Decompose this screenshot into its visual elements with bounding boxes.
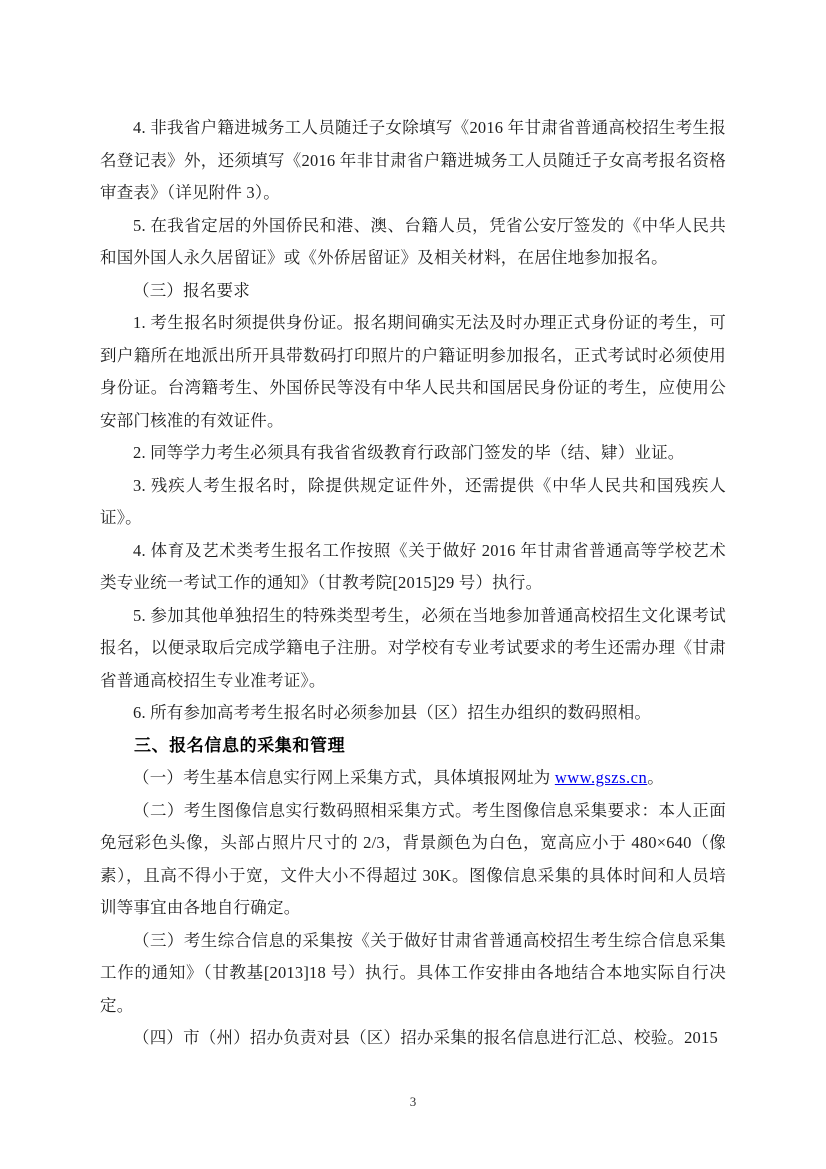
text-run: （三）考生综合信息的采集按《关于做好甘肃省普通高校招生考生综合信息采集工作的通知… — [100, 931, 726, 1015]
text-run: 4. 非我省户籍进城务工人员随迁子女除填写《2016 年甘肃省普通高校招生考生报… — [100, 118, 726, 202]
text-run: 。 — [647, 768, 664, 787]
paragraph-subsection-3-requirements: （三）报名要求 — [100, 275, 726, 308]
paragraph-req-4-sports-art: 4. 体育及艺术类考生报名工作按照《关于做好 2016 年甘肃省普通高等学校艺术… — [100, 535, 726, 600]
paragraph-collect-2-image-info: （二）考生图像信息实行数码照相采集方式。考生图像信息采集要求：本人正面免冠彩色头… — [100, 795, 726, 925]
text-run: 1. 考生报名时须提供身份证。报名期间确实无法及时办理正式身份证的考生，可到户籍… — [100, 313, 726, 430]
paragraph-req-6-digital-photo: 6. 所有参加高考考生报名时必须参加县（区）招生办组织的数码照相。 — [100, 697, 726, 730]
paragraph-collect-3-comprehensive-info: （三）考生综合信息的采集按《关于做好甘肃省普通高校招生考生综合信息采集工作的通知… — [100, 925, 726, 1023]
paragraph-item-4-migrant-children: 4. 非我省户籍进城务工人员随迁子女除填写《2016 年甘肃省普通高校招生考生报… — [100, 112, 726, 210]
paragraph-collect-1-basic-info: （一）考生基本信息实行网上采集方式，具体填报网址为 www.gszs.cn。 — [100, 762, 726, 795]
paragraph-req-3-disabled: 3. 残疾人考生报名时，除提供规定证件外，还需提供《中华人民共和国残疾人证》。 — [100, 470, 726, 535]
text-run: （一）考生基本信息实行网上采集方式，具体填报网址为 — [133, 768, 555, 787]
website-link[interactable]: www.gszs.cn — [555, 768, 647, 787]
document-body: 4. 非我省户籍进城务工人员随迁子女除填写《2016 年甘肃省普通高校招生考生报… — [100, 112, 726, 1055]
paragraph-req-1-id-card: 1. 考生报名时须提供身份证。报名期间确实无法及时办理正式身份证的考生，可到户籍… — [100, 307, 726, 437]
paragraph-item-5-foreign-residents: 5. 在我省定居的外国侨民和港、澳、台籍人员，凭省公安厅签发的《中华人民共和国外… — [100, 210, 726, 275]
text-run: 5. 在我省定居的外国侨民和港、澳、台籍人员，凭省公安厅签发的《中华人民共和国外… — [100, 216, 726, 268]
paragraph-req-2-equivalent-education: 2. 同等学力考生必须具有我省省级教育行政部门签发的毕（结、肄）业证。 — [100, 437, 726, 470]
text-run: （二）考生图像信息实行数码照相采集方式。考生图像信息采集要求：本人正面免冠彩色头… — [100, 801, 726, 918]
text-run: 2. 同等学力考生必须具有我省省级教育行政部门签发的毕（结、肄）业证。 — [133, 443, 685, 462]
text-run: 三、报名信息的采集和管理 — [134, 736, 345, 756]
text-run: 3. 残疾人考生报名时，除提供规定证件外，还需提供《中华人民共和国残疾人证》。 — [100, 476, 726, 528]
section-heading: 三、报名信息的采集和管理 — [100, 730, 726, 763]
paragraph-req-5-special-types: 5. 参加其他单独招生的特殊类型考生，必须在当地参加普通高校招生文化课考试报名，… — [100, 600, 726, 698]
text-run: 4. 体育及艺术类考生报名工作按照《关于做好 2016 年甘肃省普通高等学校艺术… — [100, 541, 726, 593]
text-run: （四）市（州）招办负责对县（区）招办采集的报名信息进行汇总、校验。2015 — [133, 1028, 718, 1047]
paragraph-collect-4-city-verification: （四）市（州）招办负责对县（区）招办采集的报名信息进行汇总、校验。2015 — [100, 1022, 726, 1055]
page-number: 3 — [0, 1094, 826, 1110]
text-run: （三）报名要求 — [133, 281, 250, 300]
text-run: 5. 参加其他单独招生的特殊类型考生，必须在当地参加普通高校招生文化课考试报名，… — [100, 606, 726, 690]
document-page: 4. 非我省户籍进城务工人员随迁子女除填写《2016 年甘肃省普通高校招生考生报… — [0, 0, 826, 1169]
text-run: 6. 所有参加高考考生报名时必须参加县（区）招生办组织的数码照相。 — [133, 703, 651, 722]
